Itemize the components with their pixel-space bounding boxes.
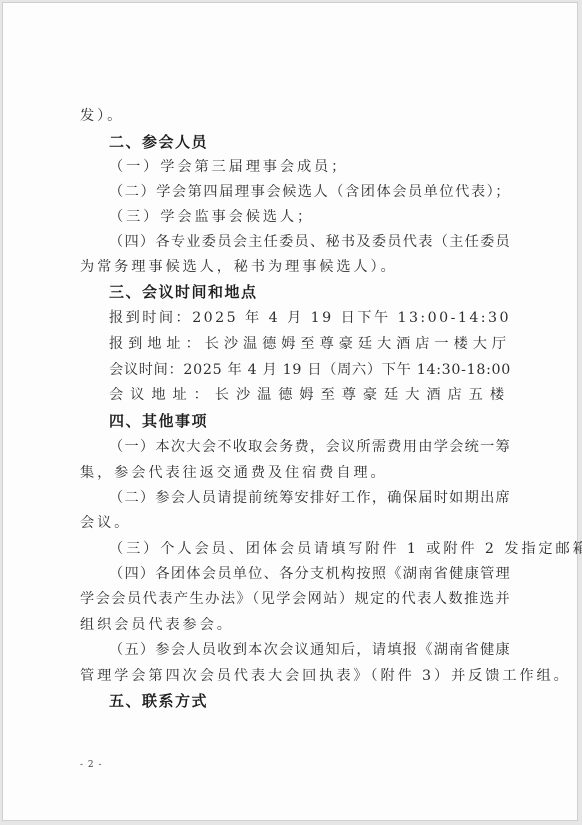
- section-heading: 五、联系方式: [109, 691, 208, 711]
- text-line: 集，参会代表往返交通费及住宿费自理。: [80, 463, 388, 483]
- text-line: 会议地址：长沙温德姆至尊豪廷大酒店五楼: [109, 385, 511, 405]
- text-line: （一）学会第三届理事会成员；: [109, 157, 348, 177]
- section-heading: 四、其他事项: [109, 411, 208, 431]
- text-line: （四）各团体会员单位、各分支机构按照《湖南省健康管理: [109, 564, 511, 584]
- text-line: （三）学会监事会候选人；: [109, 207, 314, 227]
- text-line: 为常务理事候选人，秘书为理事候选人）。: [80, 257, 398, 277]
- section-heading: 三、会议时间和地点: [109, 282, 258, 302]
- document-page: 发）。二、参会人员（一）学会第三届理事会成员；（二）学会第四届理事会候选人（含团…: [2, 2, 578, 821]
- page-number: - 2 -: [80, 760, 103, 770]
- text-line: 学会会员代表产生办法》（见学会网站）规定的代表人数推选并: [80, 589, 511, 609]
- text-line: （三）个人会员、团体会员请填写附件 1 或附件 2 发指定邮箱。: [109, 539, 582, 559]
- text-line: （二）学会第四届理事会候选人（含团体会员单位代表）；: [109, 182, 511, 202]
- text-line: 发）。: [80, 106, 124, 126]
- text-line: 报到地址：长沙温德姆至尊豪廷大酒店一楼大厅: [109, 334, 511, 354]
- text-line: （二）参会人员请提前统筹安排好工作，确保届时如期出席: [109, 488, 511, 508]
- text-line: 报到时间：2025 年 4 月 19 日下午 13:00-14:30: [109, 308, 511, 328]
- text-line: 会议。: [80, 513, 131, 533]
- text-line: 组织会员代表参会。: [80, 615, 234, 635]
- text-line: 会议时间：2025 年 4 月 19 日（周六）下午 14:30-18:00: [109, 360, 511, 380]
- text-line: （四）各专业委员会主任委员、秘书及委员代表（主任委员: [109, 232, 511, 252]
- text-line: （一）本次大会不收取会务费，会议所需费用由学会统一筹: [109, 437, 511, 457]
- text-line: （五）参会人员收到本次会议通知后，请填报《湖南省健康: [109, 640, 511, 660]
- section-heading: 二、参会人员: [109, 132, 208, 152]
- text-line: 管理学会第四次会员代表大会回执表》（附件 3）并反馈工作组。: [80, 666, 571, 686]
